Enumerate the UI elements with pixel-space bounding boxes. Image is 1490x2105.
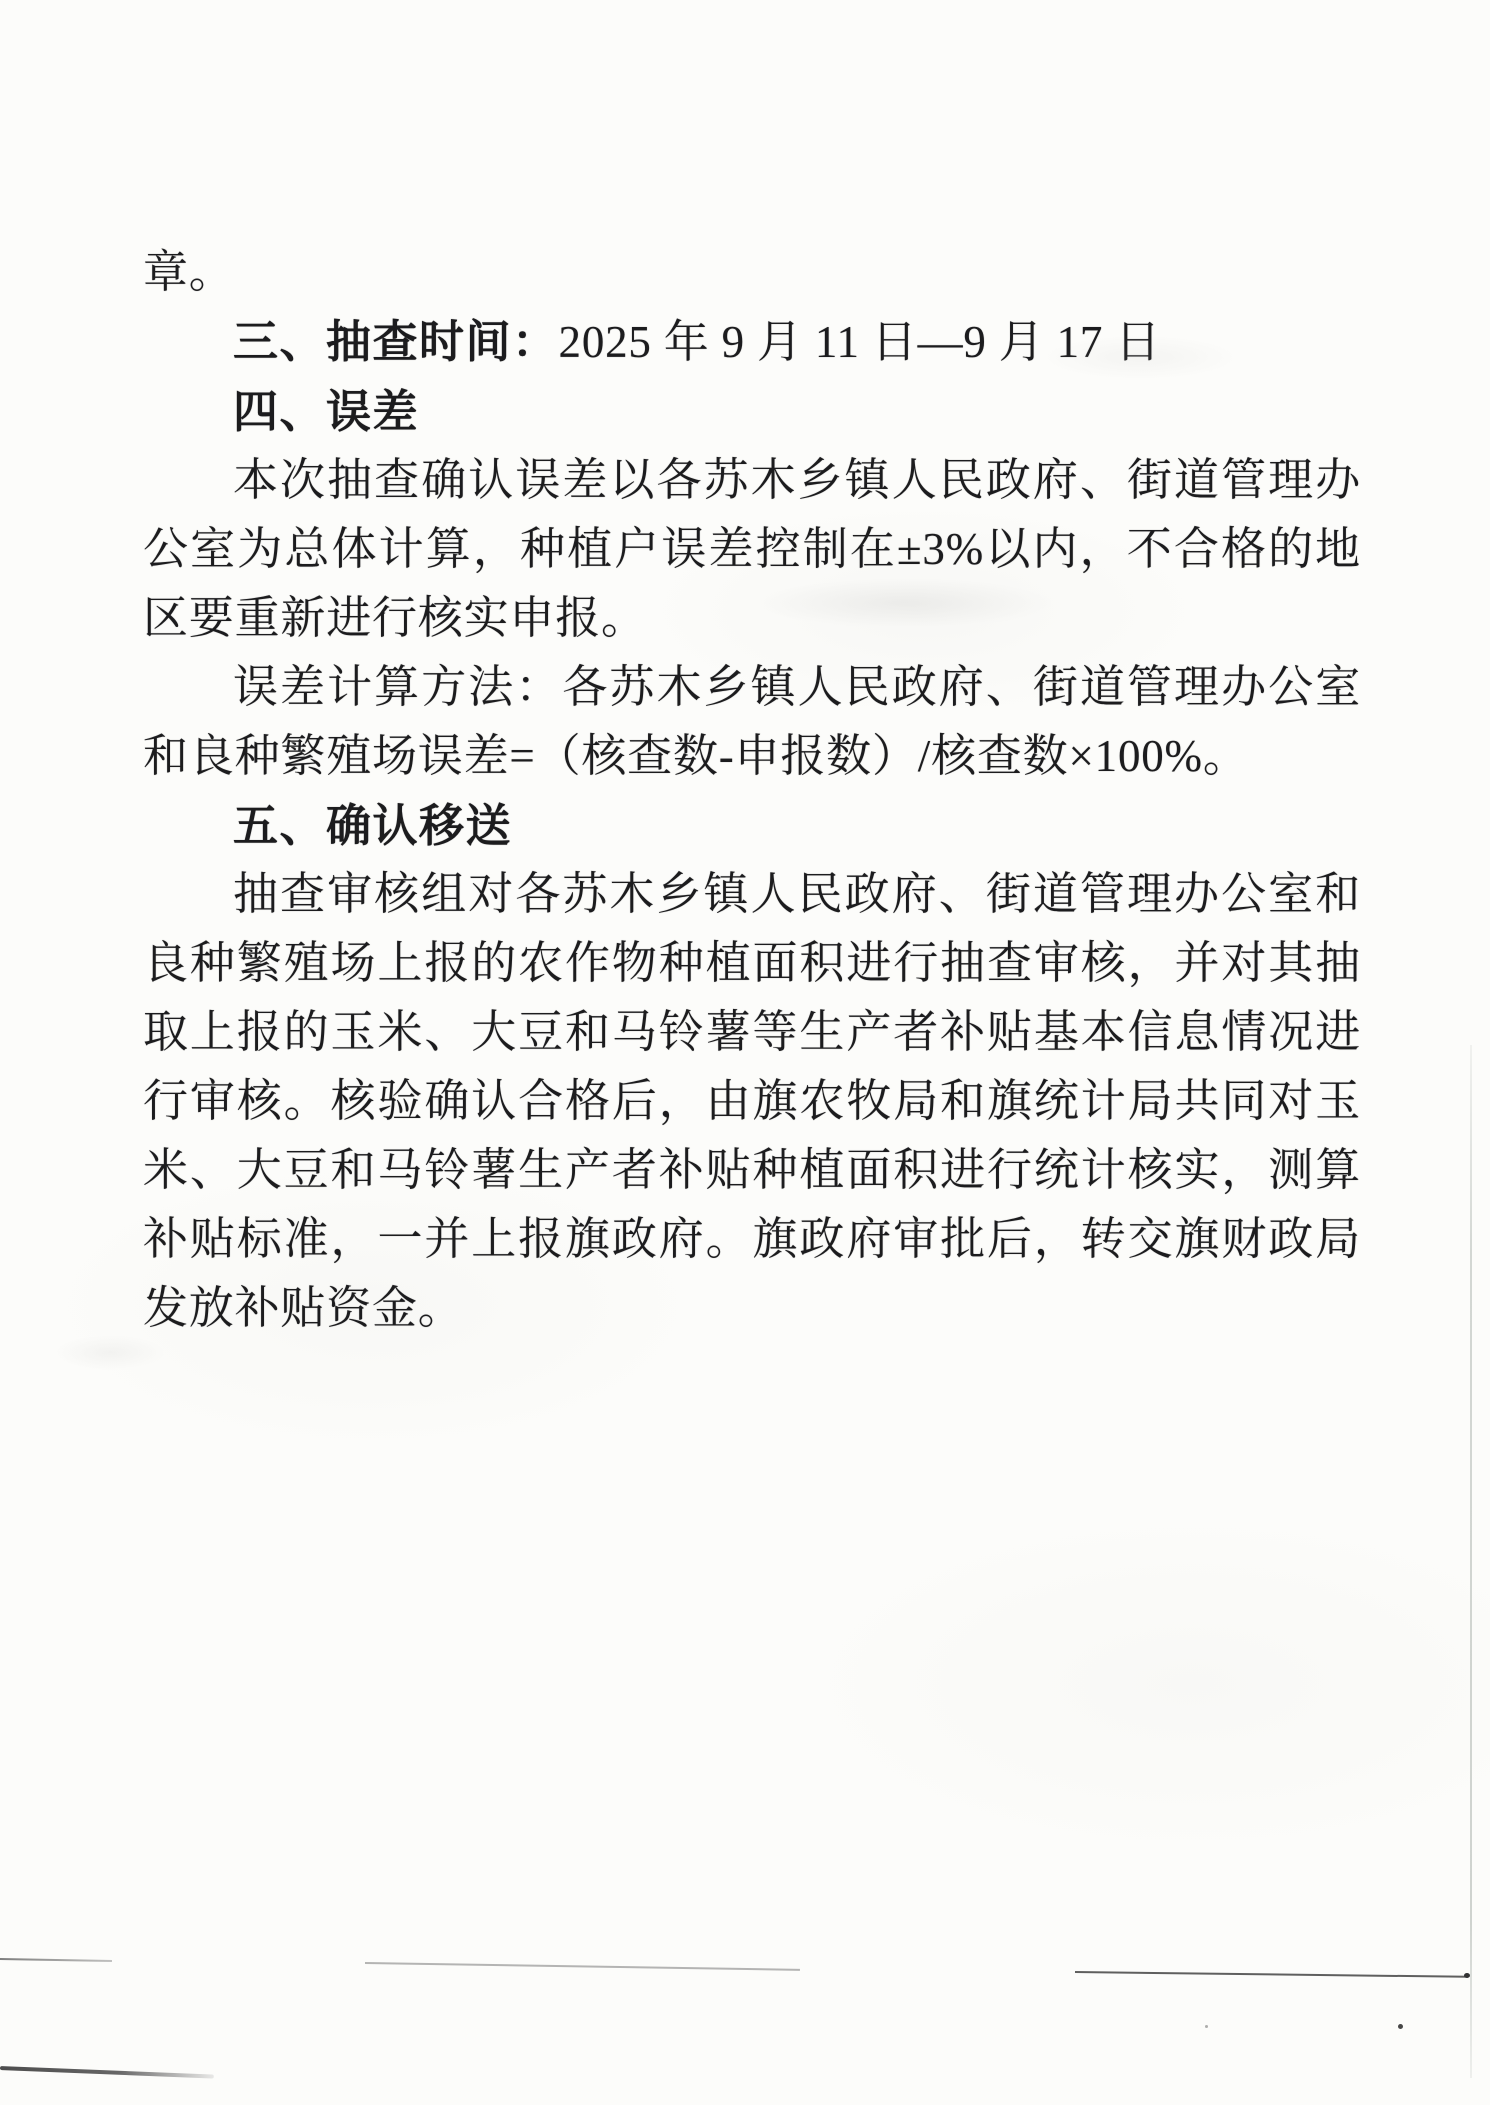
section-heading-confirm-transfer: 五、确认移送 bbox=[143, 791, 1361, 860]
scanned-document-page: 章。 三、抽查时间：2025 年 9 月 11 日—9 月 17 日 四、误差 … bbox=[0, 0, 1490, 2105]
scan-artifact-speck bbox=[1205, 2025, 1208, 2028]
scan-artifact-line bbox=[1075, 1971, 1468, 1978]
continuation-text: 章。 bbox=[143, 238, 1361, 307]
section-heading-error: 四、误差 bbox=[143, 377, 1361, 446]
scan-artifact-vertical-line bbox=[1470, 1045, 1472, 2078]
scan-artifact-line bbox=[365, 1962, 800, 1971]
scan-artifact-speck bbox=[1398, 2024, 1403, 2029]
paragraph-confirm-transfer: 抽查审核组对各苏木乡镇人民政府、街道管理办公室和良种繁殖场上报的农作物种植面积进… bbox=[143, 860, 1361, 1343]
scan-artifact-dot bbox=[1464, 1973, 1470, 1978]
scan-artifact-line bbox=[0, 2066, 214, 2079]
paragraph-error-control: 本次抽查确认误差以各苏木乡镇人民政府、街道管理办公室为总体计算，种植户误差控制在… bbox=[143, 446, 1361, 653]
paragraph-error-formula: 误差计算方法：各苏木乡镇人民政府、街道管理办公室和良种繁殖场误差=（核查数-申报… bbox=[143, 653, 1361, 791]
sampling-time-value: 2025 年 9 月 11 日—9 月 17 日 bbox=[559, 317, 1162, 367]
section-heading-label: 三、抽查时间： bbox=[233, 316, 559, 367]
scan-artifact-line bbox=[0, 1958, 112, 1962]
section-heading-sampling-time: 三、抽查时间：2025 年 9 月 11 日—9 月 17 日 bbox=[143, 307, 1361, 377]
document-body: 章。 三、抽查时间：2025 年 9 月 11 日—9 月 17 日 四、误差 … bbox=[143, 238, 1361, 1343]
